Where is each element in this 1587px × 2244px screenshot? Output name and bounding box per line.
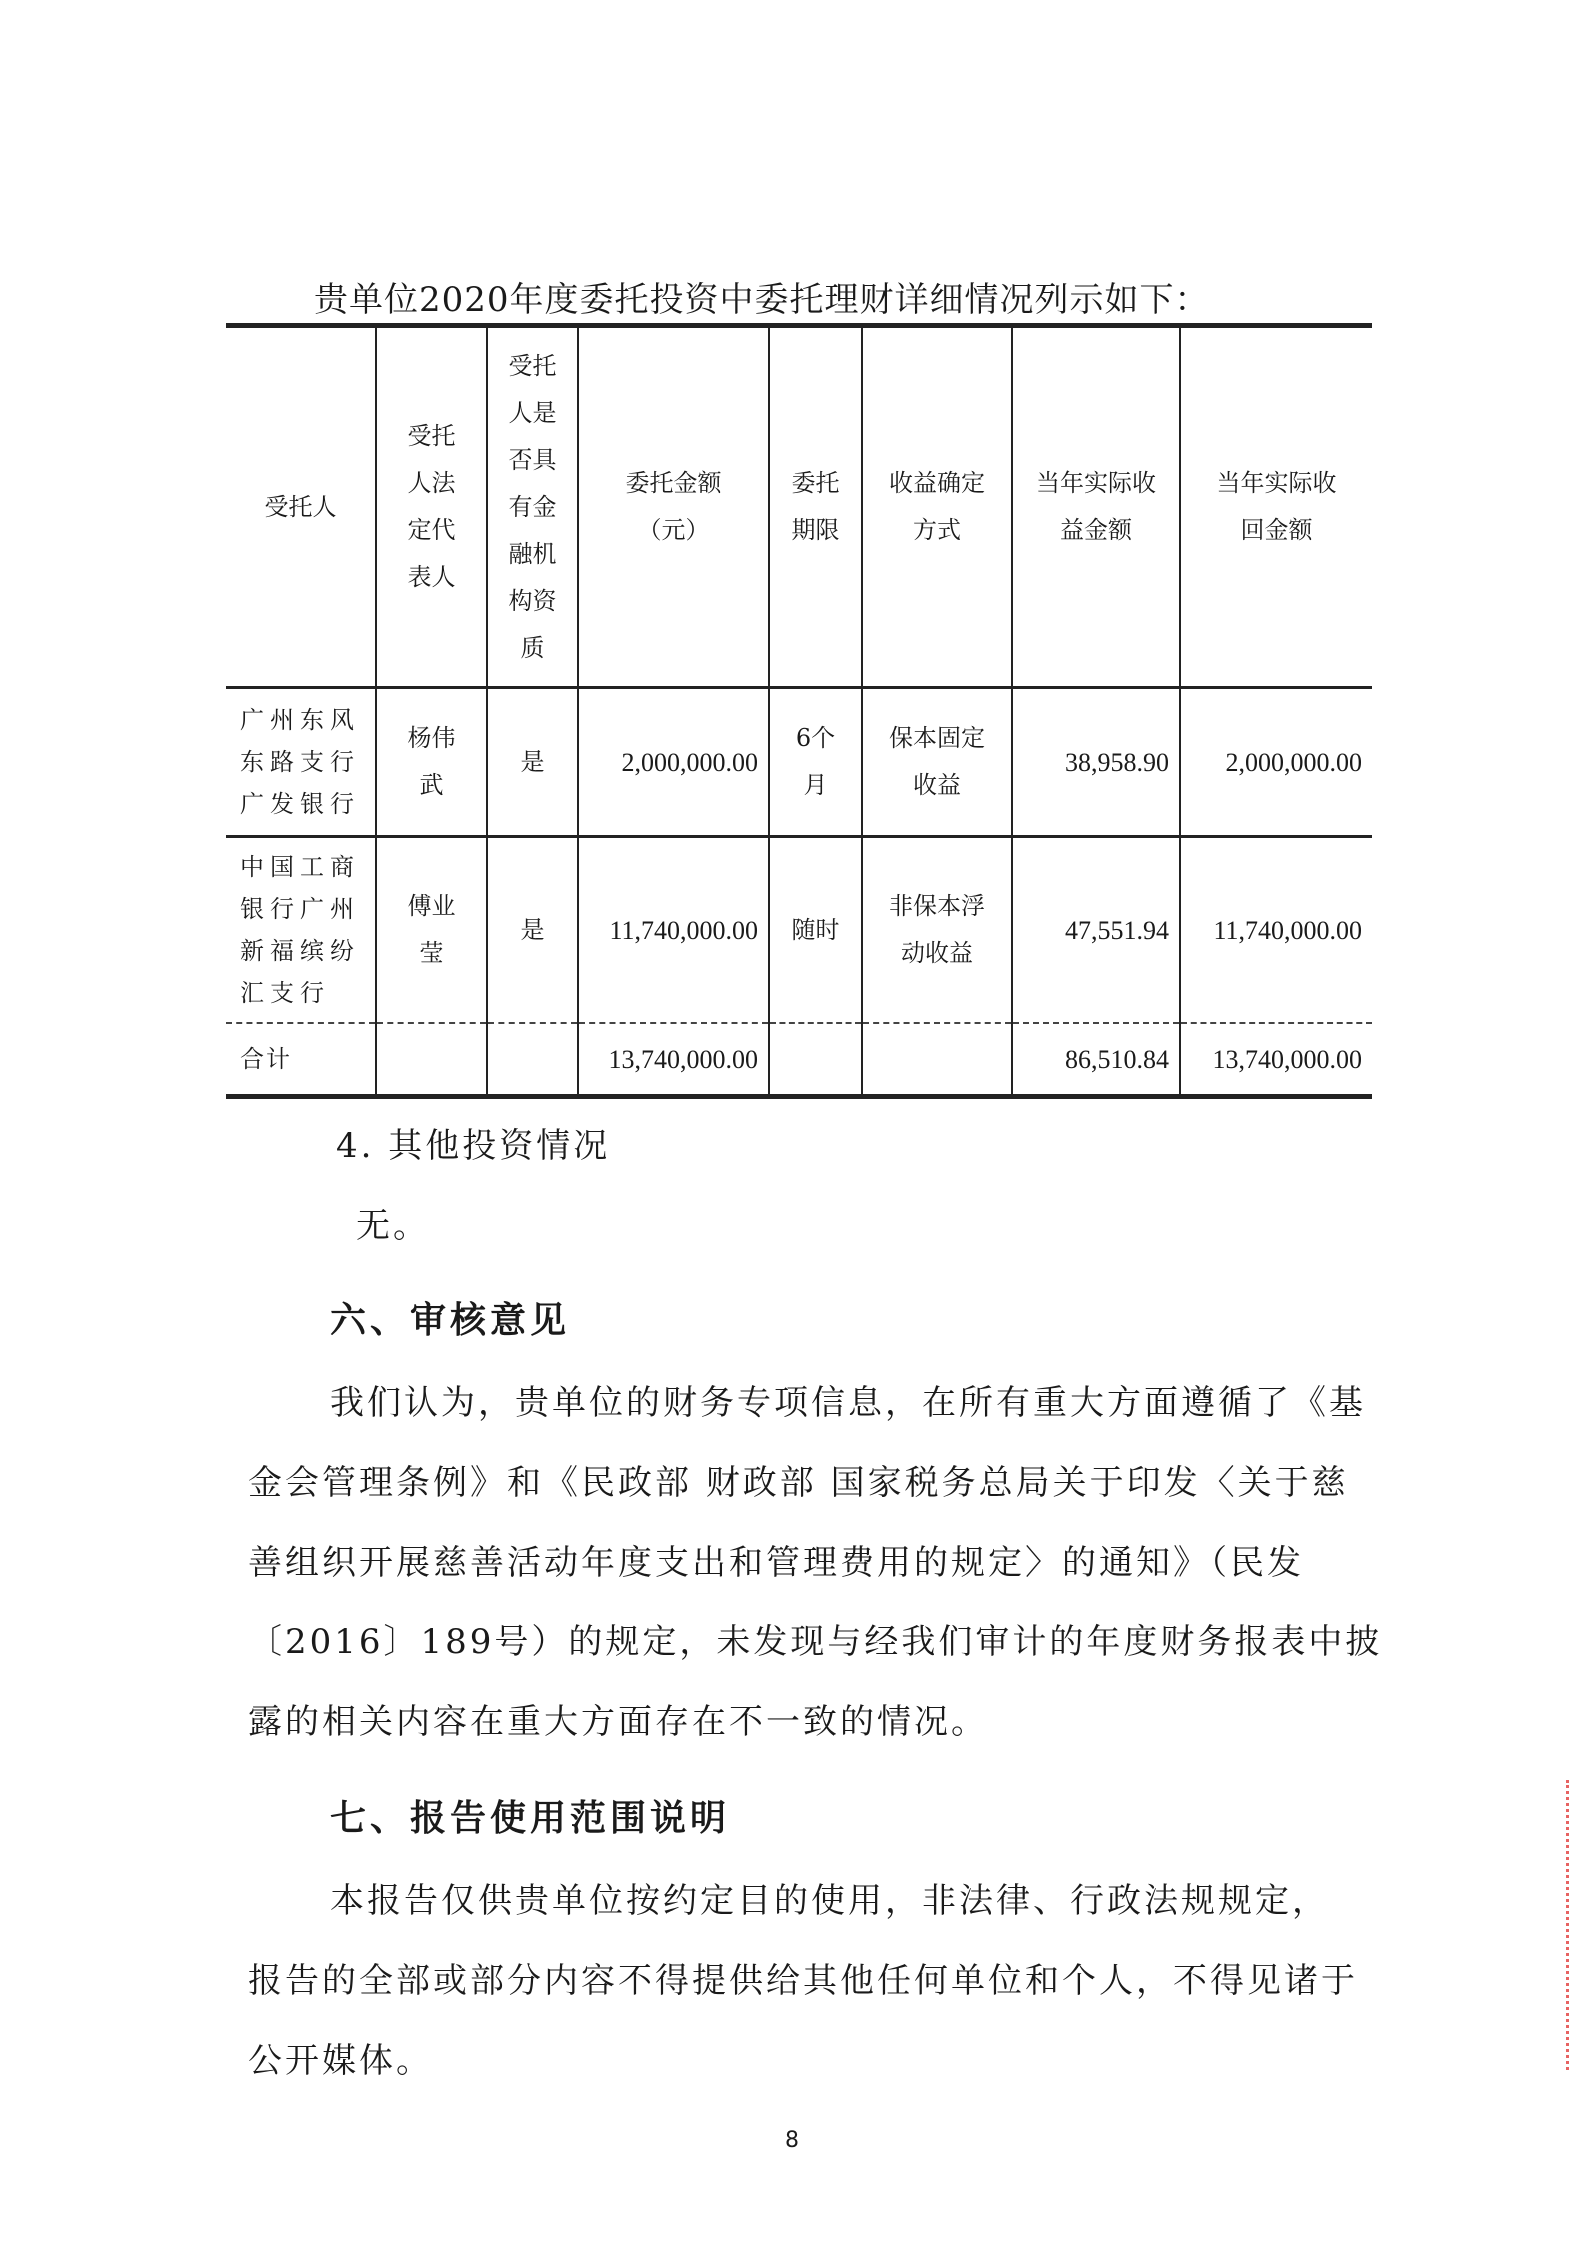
cell-qualified: 是 — [487, 837, 578, 1024]
cell-total-amount: 13,740,000.00 — [578, 1023, 769, 1097]
seal-stamp-icon — [1566, 1780, 1587, 2070]
header-amount: 委托金额（元） — [578, 326, 769, 688]
section6-line: 金会管理条例》和《民政部 财政部 国家税务总局关于印发〈关于慈 — [248, 1455, 1349, 1504]
page-number: 8 — [785, 2128, 799, 2153]
cell-legal-rep: 傅业莹 — [376, 837, 487, 1024]
section7-heading: 七、报告使用范围说明 — [330, 1790, 730, 1841]
section7-line: 本报告仅供贵单位按约定目的使用，非法律、行政法规规定， — [330, 1873, 1329, 1922]
cell-qualified: 是 — [487, 688, 578, 837]
cell-trustee: 中国工商银行广州新福缤纷汇支行 — [226, 837, 376, 1024]
section6-heading: 六、审核意见 — [330, 1292, 570, 1343]
cell-actual-income: 47,551.94 — [1012, 837, 1180, 1024]
cell-empty — [862, 1023, 1012, 1097]
section6-line: 〔2016〕189号）的规定，未发现与经我们审计的年度财务报表中披 — [248, 1614, 1382, 1663]
cell-income-method: 保本固定收益 — [862, 688, 1012, 837]
cell-legal-rep: 杨伟武 — [376, 688, 487, 837]
cell-actual-recovered: 11,740,000.00 — [1180, 837, 1372, 1024]
section6-line: 露的相关内容在重大方面存在不一致的情况。 — [248, 1694, 988, 1743]
cell-empty — [376, 1023, 487, 1097]
cell-empty — [769, 1023, 862, 1097]
cell-actual-recovered: 2,000,000.00 — [1180, 688, 1372, 837]
section4-content: 无。 — [356, 1198, 430, 1247]
table-row: 广州东风东路支行广发银行 杨伟武 是 2,000,000.00 6个月 保本固定… — [226, 688, 1372, 837]
entrusted-investment-table: 受托人 受托人法定代表人 受托人是否具有金融机构资质 委托金额（元） 委托期限 … — [226, 323, 1372, 1099]
cell-total-label: 合计 — [226, 1023, 376, 1097]
cell-term: 6个月 — [769, 688, 862, 837]
section4-heading: 4. 其他投资情况 — [336, 1118, 610, 1167]
header-actual-income: 当年实际收益金额 — [1012, 326, 1180, 688]
section6-line: 我们认为，贵单位的财务专项信息，在所有重大方面遵循了《基 — [330, 1375, 1366, 1424]
section7-line: 公开媒体。 — [248, 2033, 433, 2082]
table-total-row: 合计 13,740,000.00 86,510.84 13,740,000.00 — [226, 1023, 1372, 1097]
cell-total-income: 86,510.84 — [1012, 1023, 1180, 1097]
table-header-row: 受托人 受托人法定代表人 受托人是否具有金融机构资质 委托金额（元） 委托期限 … — [226, 326, 1372, 688]
section7-line: 报告的全部或部分内容不得提供给其他任何单位和个人，不得见诸于 — [248, 1953, 1358, 2002]
cell-total-recovered: 13,740,000.00 — [1180, 1023, 1372, 1097]
cell-amount: 11,740,000.00 — [578, 837, 769, 1024]
header-trustee: 受托人 — [226, 326, 376, 688]
header-income-method: 收益确定方式 — [862, 326, 1012, 688]
cell-trustee: 广州东风东路支行广发银行 — [226, 688, 376, 837]
cell-amount: 2,000,000.00 — [578, 688, 769, 837]
cell-income-method: 非保本浮动收益 — [862, 837, 1012, 1024]
header-legal-rep: 受托人法定代表人 — [376, 326, 487, 688]
header-actual-recovered: 当年实际收回金额 — [1180, 326, 1372, 688]
cell-empty — [487, 1023, 578, 1097]
section6-line: 善组织开展慈善活动年度支出和管理费用的规定〉的通知》（民发 — [248, 1535, 1304, 1584]
cell-actual-income: 38,958.90 — [1012, 688, 1180, 837]
table-row: 中国工商银行广州新福缤纷汇支行 傅业莹 是 11,740,000.00 随时 非… — [226, 837, 1372, 1024]
header-term: 委托期限 — [769, 326, 862, 688]
table-intro: 贵单位2020年度委托投资中委托理财详细情况列示如下： — [314, 272, 1210, 321]
cell-term: 随时 — [769, 837, 862, 1024]
header-qualified: 受托人是否具有金融机构资质 — [487, 326, 578, 688]
